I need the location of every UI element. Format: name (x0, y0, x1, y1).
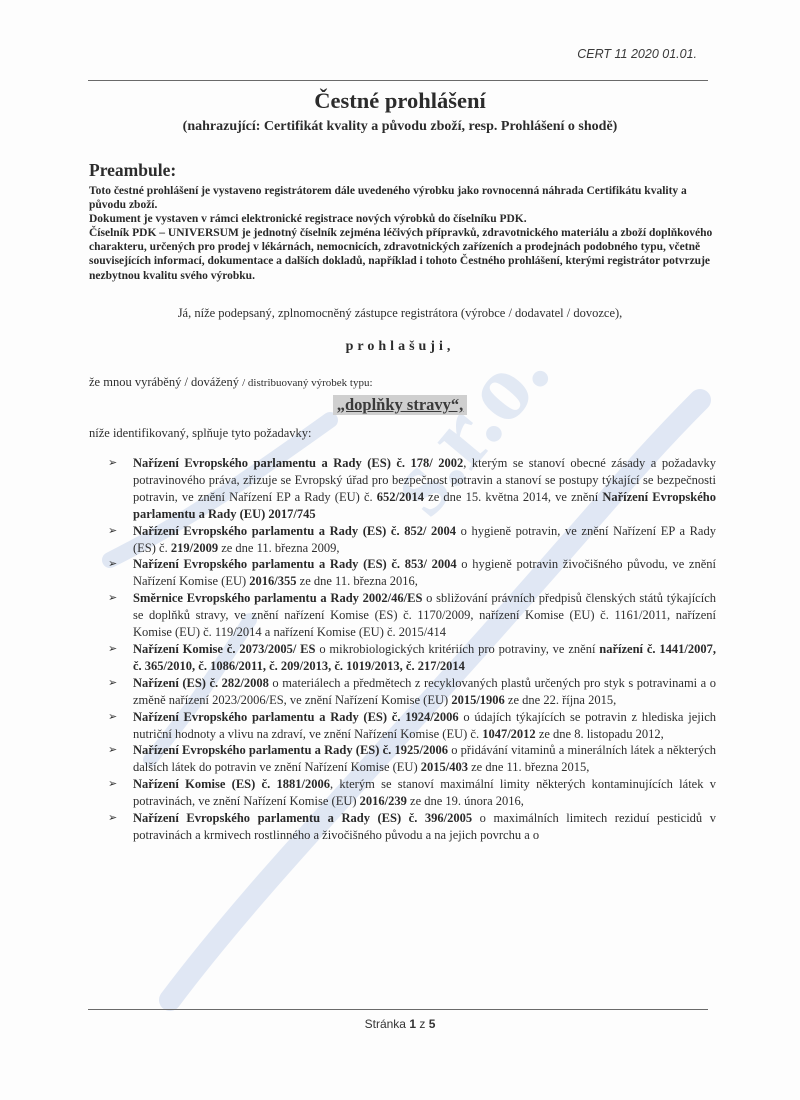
document-subtitle: (nahrazující: Certifikát kvality a původ… (0, 119, 800, 135)
regulation-text: ze dne 11. března 2015, (468, 760, 589, 774)
document-code: CERT 11 2020 01.01. (577, 47, 697, 61)
arrow-bullet-icon: ➢ (108, 556, 117, 573)
regulation-reference: Nařízení Evropského parlamentu a Rady (E… (133, 557, 457, 571)
regulation-reference: Nařízení Evropského parlamentu a Rady (E… (133, 811, 472, 825)
regulation-reference: Nařízení Evropského parlamentu a Rady (E… (133, 710, 459, 724)
arrow-bullet-icon: ➢ (108, 455, 117, 472)
preamble-paragraph: Číselník PDK – UNIVERSUM je jednotný čís… (89, 226, 719, 282)
page-footer: Stránka 1 z 5 (0, 1017, 800, 1031)
regulation-reference: 652/2014 (377, 490, 424, 504)
page-label: Stránka (365, 1017, 406, 1031)
regulation-reference: 2016/355 (249, 574, 296, 588)
total-pages: 5 (429, 1017, 436, 1031)
regulation-item: ➢Nařízení Evropského parlamentu a Rady (… (108, 810, 716, 844)
regulation-text: ze dne 19. února 2016, (407, 794, 524, 808)
regulation-reference: Nařízení Evropského parlamentu a Rady (E… (133, 524, 456, 538)
regulation-reference: Nařízení Evropského parlamentu a Rady (E… (133, 743, 448, 757)
regulation-item: ➢Nařízení Evropského parlamentu a Rady (… (108, 709, 716, 743)
header-divider (88, 80, 708, 81)
regulation-text: o mikrobiologických kritériích pro potra… (315, 642, 599, 656)
declarant-statement: Já, níže podepsaný, zplnomocněný zástupc… (0, 306, 800, 321)
arrow-bullet-icon: ➢ (108, 641, 117, 658)
regulation-reference: 2015/403 (421, 760, 468, 774)
regulations-list: ➢Nařízení Evropského parlamentu a Rady (… (108, 455, 716, 844)
regulation-reference: Nařízení (ES) č. 282/2008 (133, 676, 269, 690)
regulation-item: ➢Směrnice Evropského parlamentu a Rady 2… (108, 590, 716, 641)
regulation-reference: 219/2009 (171, 541, 218, 555)
arrow-bullet-icon: ➢ (108, 590, 117, 607)
regulation-item: ➢Nařízení (ES) č. 282/2008 o materiálech… (108, 675, 716, 709)
regulation-item: ➢Nařízení Komise č. 2073/2005/ ES o mikr… (108, 641, 716, 675)
regulation-reference: 2015/1906 (451, 693, 504, 707)
preamble-text: Toto čestné prohlášení je vystaveno regi… (89, 184, 719, 283)
regulation-text: ze dne 22. října 2015, (505, 693, 616, 707)
preamble-paragraph: Toto čestné prohlášení je vystaveno regi… (89, 184, 719, 212)
product-line: že mnou vyráběný / dovážený / distribuov… (89, 375, 373, 390)
preamble-heading: Preambule: (89, 160, 176, 181)
product-type-highlight: „doplňky stravy“, (333, 395, 468, 415)
regulation-reference: 2016/239 (360, 794, 407, 808)
arrow-bullet-icon: ➢ (108, 523, 117, 540)
regulation-item: ➢Nařízení Komise (ES) č. 1881/2006, kter… (108, 776, 716, 810)
document-title: Čestné prohlášení (0, 88, 800, 114)
regulation-item: ➢Nařízení Evropského parlamentu a Rady (… (108, 455, 716, 523)
product-line-suffix: / distribuovaný výrobek typu: (242, 377, 372, 389)
arrow-bullet-icon: ➢ (108, 742, 117, 759)
regulation-item: ➢Nařízení Evropského parlamentu a Rady (… (108, 556, 716, 590)
document-page: s.r.o. CERT 11 2020 01.01. Čestné prohlá… (0, 0, 800, 1100)
requirements-intro: níže identifikovaný, splňuje tyto požada… (89, 426, 312, 441)
regulation-text: ze dne 8. listopadu 2012, (536, 727, 664, 741)
regulation-text: ze dne 15. května 2014, ve znění (424, 490, 602, 504)
arrow-bullet-icon: ➢ (108, 776, 117, 793)
product-line-prefix: že mnou vyráběný / dovážený (89, 375, 242, 389)
footer-divider (88, 1009, 708, 1010)
current-page: 1 (409, 1017, 416, 1031)
regulation-reference: Nařízení Evropského parlamentu a Rady (E… (133, 456, 463, 470)
page-of-label: z (419, 1017, 425, 1031)
arrow-bullet-icon: ➢ (108, 709, 117, 726)
regulation-item: ➢Nařízení Evropského parlamentu a Rady (… (108, 742, 716, 776)
regulation-reference: 1047/2012 (482, 727, 535, 741)
preamble-paragraph: Dokument je vystaven v rámci elektronick… (89, 212, 719, 226)
regulation-item: ➢Nařízení Evropského parlamentu a Rady (… (108, 523, 716, 557)
declare-heading: prohlašuji, (0, 339, 800, 355)
regulation-reference: Nařízení Komise (ES) č. 1881/2006 (133, 777, 330, 791)
regulation-text: ze dne 11. března 2009, (218, 541, 339, 555)
regulation-reference: Směrnice Evropského parlamentu a Rady 20… (133, 591, 422, 605)
regulation-reference: Nařízení Komise č. 2073/2005/ ES (133, 642, 315, 656)
arrow-bullet-icon: ➢ (108, 810, 117, 827)
regulation-text: ze dne 11. března 2016, (297, 574, 418, 588)
arrow-bullet-icon: ➢ (108, 675, 117, 692)
